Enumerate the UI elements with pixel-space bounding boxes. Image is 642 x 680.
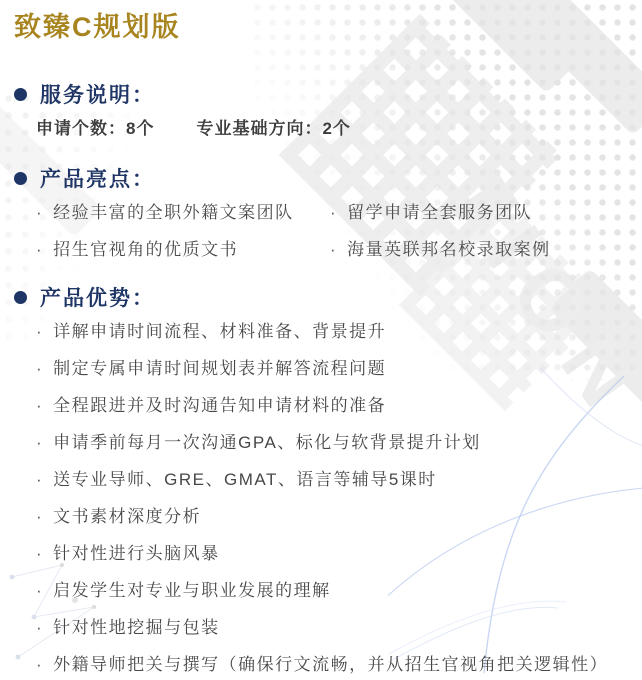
stat-label: 专业基础方向： — [196, 119, 322, 138]
highlights-heading-row: 产品亮点： — [14, 166, 628, 190]
item-dot-glyph: · — [36, 655, 43, 674]
advantage-item: ·制定专属申请时间规划表并解答流程问题 — [36, 358, 628, 380]
advantages-list: ·详解申请时间流程、材料准备、背景提升 ·制定专属申请时间规划表并解答流程问题 … — [36, 321, 628, 676]
advantage-item: ·文书素材深度分析 — [36, 506, 628, 528]
highlights-heading: 产品亮点： — [40, 163, 155, 193]
item-dot-glyph: · — [36, 507, 43, 526]
service-stats: 申请个数：8个 专业基础方向：2个 — [36, 118, 628, 140]
advantage-text: 送专业导师、GRE、GMAT、语言等辅导5课时 — [53, 470, 437, 489]
section-highlights: 产品亮点： ·经验丰富的全职外籍文案团队 ·留学申请全套服务团队 ·招生官视角的… — [14, 166, 628, 261]
item-dot-glyph: · — [36, 618, 43, 637]
advantage-item: ·申请季前每月一次沟通GPA、标化与软背景提升计划 — [36, 432, 628, 454]
advantage-text: 启发学生对专业与职业发展的理解 — [53, 581, 331, 600]
advantage-text: 全程跟进并及时沟通告知申请材料的准备 — [53, 396, 386, 415]
flyer-page: TION 致臻C规划版 服务说明： 申请个数：8个 专业基础方向：2个 — [0, 0, 642, 680]
advantages-heading: 产品优势： — [40, 282, 155, 312]
highlights-grid: ·经验丰富的全职外籍文案团队 ·留学申请全套服务团队 ·招生官视角的优质文书 ·… — [36, 202, 628, 261]
item-dot-glyph: · — [330, 240, 337, 259]
advantages-heading-row: 产品优势： — [14, 285, 628, 309]
item-dot-glyph: · — [36, 359, 43, 378]
advantage-text: 文书素材深度分析 — [53, 507, 201, 526]
advantage-text: 针对性进行头脑风暴 — [53, 544, 220, 563]
highlight-item: ·招生官视角的优质文书 — [36, 239, 330, 261]
item-dot-glyph: · — [36, 470, 43, 489]
stat-value: 8个 — [126, 119, 154, 138]
item-dot-glyph: · — [330, 203, 337, 222]
item-dot-glyph: · — [36, 396, 43, 415]
section-bullet-icon — [14, 88, 27, 101]
highlight-text: 招生官视角的优质文书 — [53, 240, 238, 259]
highlight-item: ·海量英联邦名校录取案例 — [330, 239, 628, 261]
page-title: 致臻C规划版 — [14, 10, 628, 44]
highlight-text: 经验丰富的全职外籍文案团队 — [53, 203, 294, 222]
advantage-text: 制定专属申请时间规划表并解答流程问题 — [53, 359, 386, 378]
highlight-item: ·留学申请全套服务团队 — [330, 202, 628, 224]
stat-major-directions: 专业基础方向：2个 — [196, 118, 350, 140]
advantage-item: ·送专业导师、GRE、GMAT、语言等辅导5课时 — [36, 469, 628, 491]
section-advantages: 产品优势： ·详解申请时间流程、材料准备、背景提升 ·制定专属申请时间规划表并解… — [14, 285, 628, 676]
item-dot-glyph: · — [36, 433, 43, 452]
item-dot-glyph: · — [36, 581, 43, 600]
item-dot-glyph: · — [36, 544, 43, 563]
highlight-text: 海量英联邦名校录取案例 — [347, 240, 551, 259]
advantage-item: ·外籍导师把关与撰写（确保行文流畅，并从招生官视角把关逻辑性） — [36, 654, 628, 676]
flyer-content: 致臻C规划版 服务说明： 申请个数：8个 专业基础方向：2个 产品亮点： ·经验… — [0, 0, 642, 676]
advantage-item: ·启发学生对专业与职业发展的理解 — [36, 580, 628, 602]
advantage-item: ·详解申请时间流程、材料准备、背景提升 — [36, 321, 628, 343]
advantage-text: 针对性地挖掘与包装 — [53, 618, 220, 637]
stat-value: 2个 — [322, 119, 350, 138]
advantage-text: 外籍导师把关与撰写（确保行文流畅，并从招生官视角把关逻辑性） — [53, 655, 608, 674]
service-heading: 服务说明： — [40, 79, 155, 109]
section-bullet-icon — [14, 291, 27, 304]
item-dot-glyph: · — [36, 203, 43, 222]
highlight-item: ·经验丰富的全职外籍文案团队 — [36, 202, 330, 224]
service-heading-row: 服务说明： — [14, 82, 628, 106]
stat-label: 申请个数： — [36, 119, 126, 138]
advantage-text: 详解申请时间流程、材料准备、背景提升 — [53, 322, 386, 341]
advantage-item: ·针对性地挖掘与包装 — [36, 617, 628, 639]
advantage-item: ·全程跟进并及时沟通告知申请材料的准备 — [36, 395, 628, 417]
item-dot-glyph: · — [36, 322, 43, 341]
stat-application-count: 申请个数：8个 — [36, 118, 154, 140]
highlight-text: 留学申请全套服务团队 — [347, 203, 532, 222]
item-dot-glyph: · — [36, 240, 43, 259]
section-bullet-icon — [14, 172, 27, 185]
section-service: 服务说明： 申请个数：8个 专业基础方向：2个 — [14, 82, 628, 140]
advantage-text: 申请季前每月一次沟通GPA、标化与软背景提升计划 — [53, 433, 481, 452]
advantage-item: ·针对性进行头脑风暴 — [36, 543, 628, 565]
